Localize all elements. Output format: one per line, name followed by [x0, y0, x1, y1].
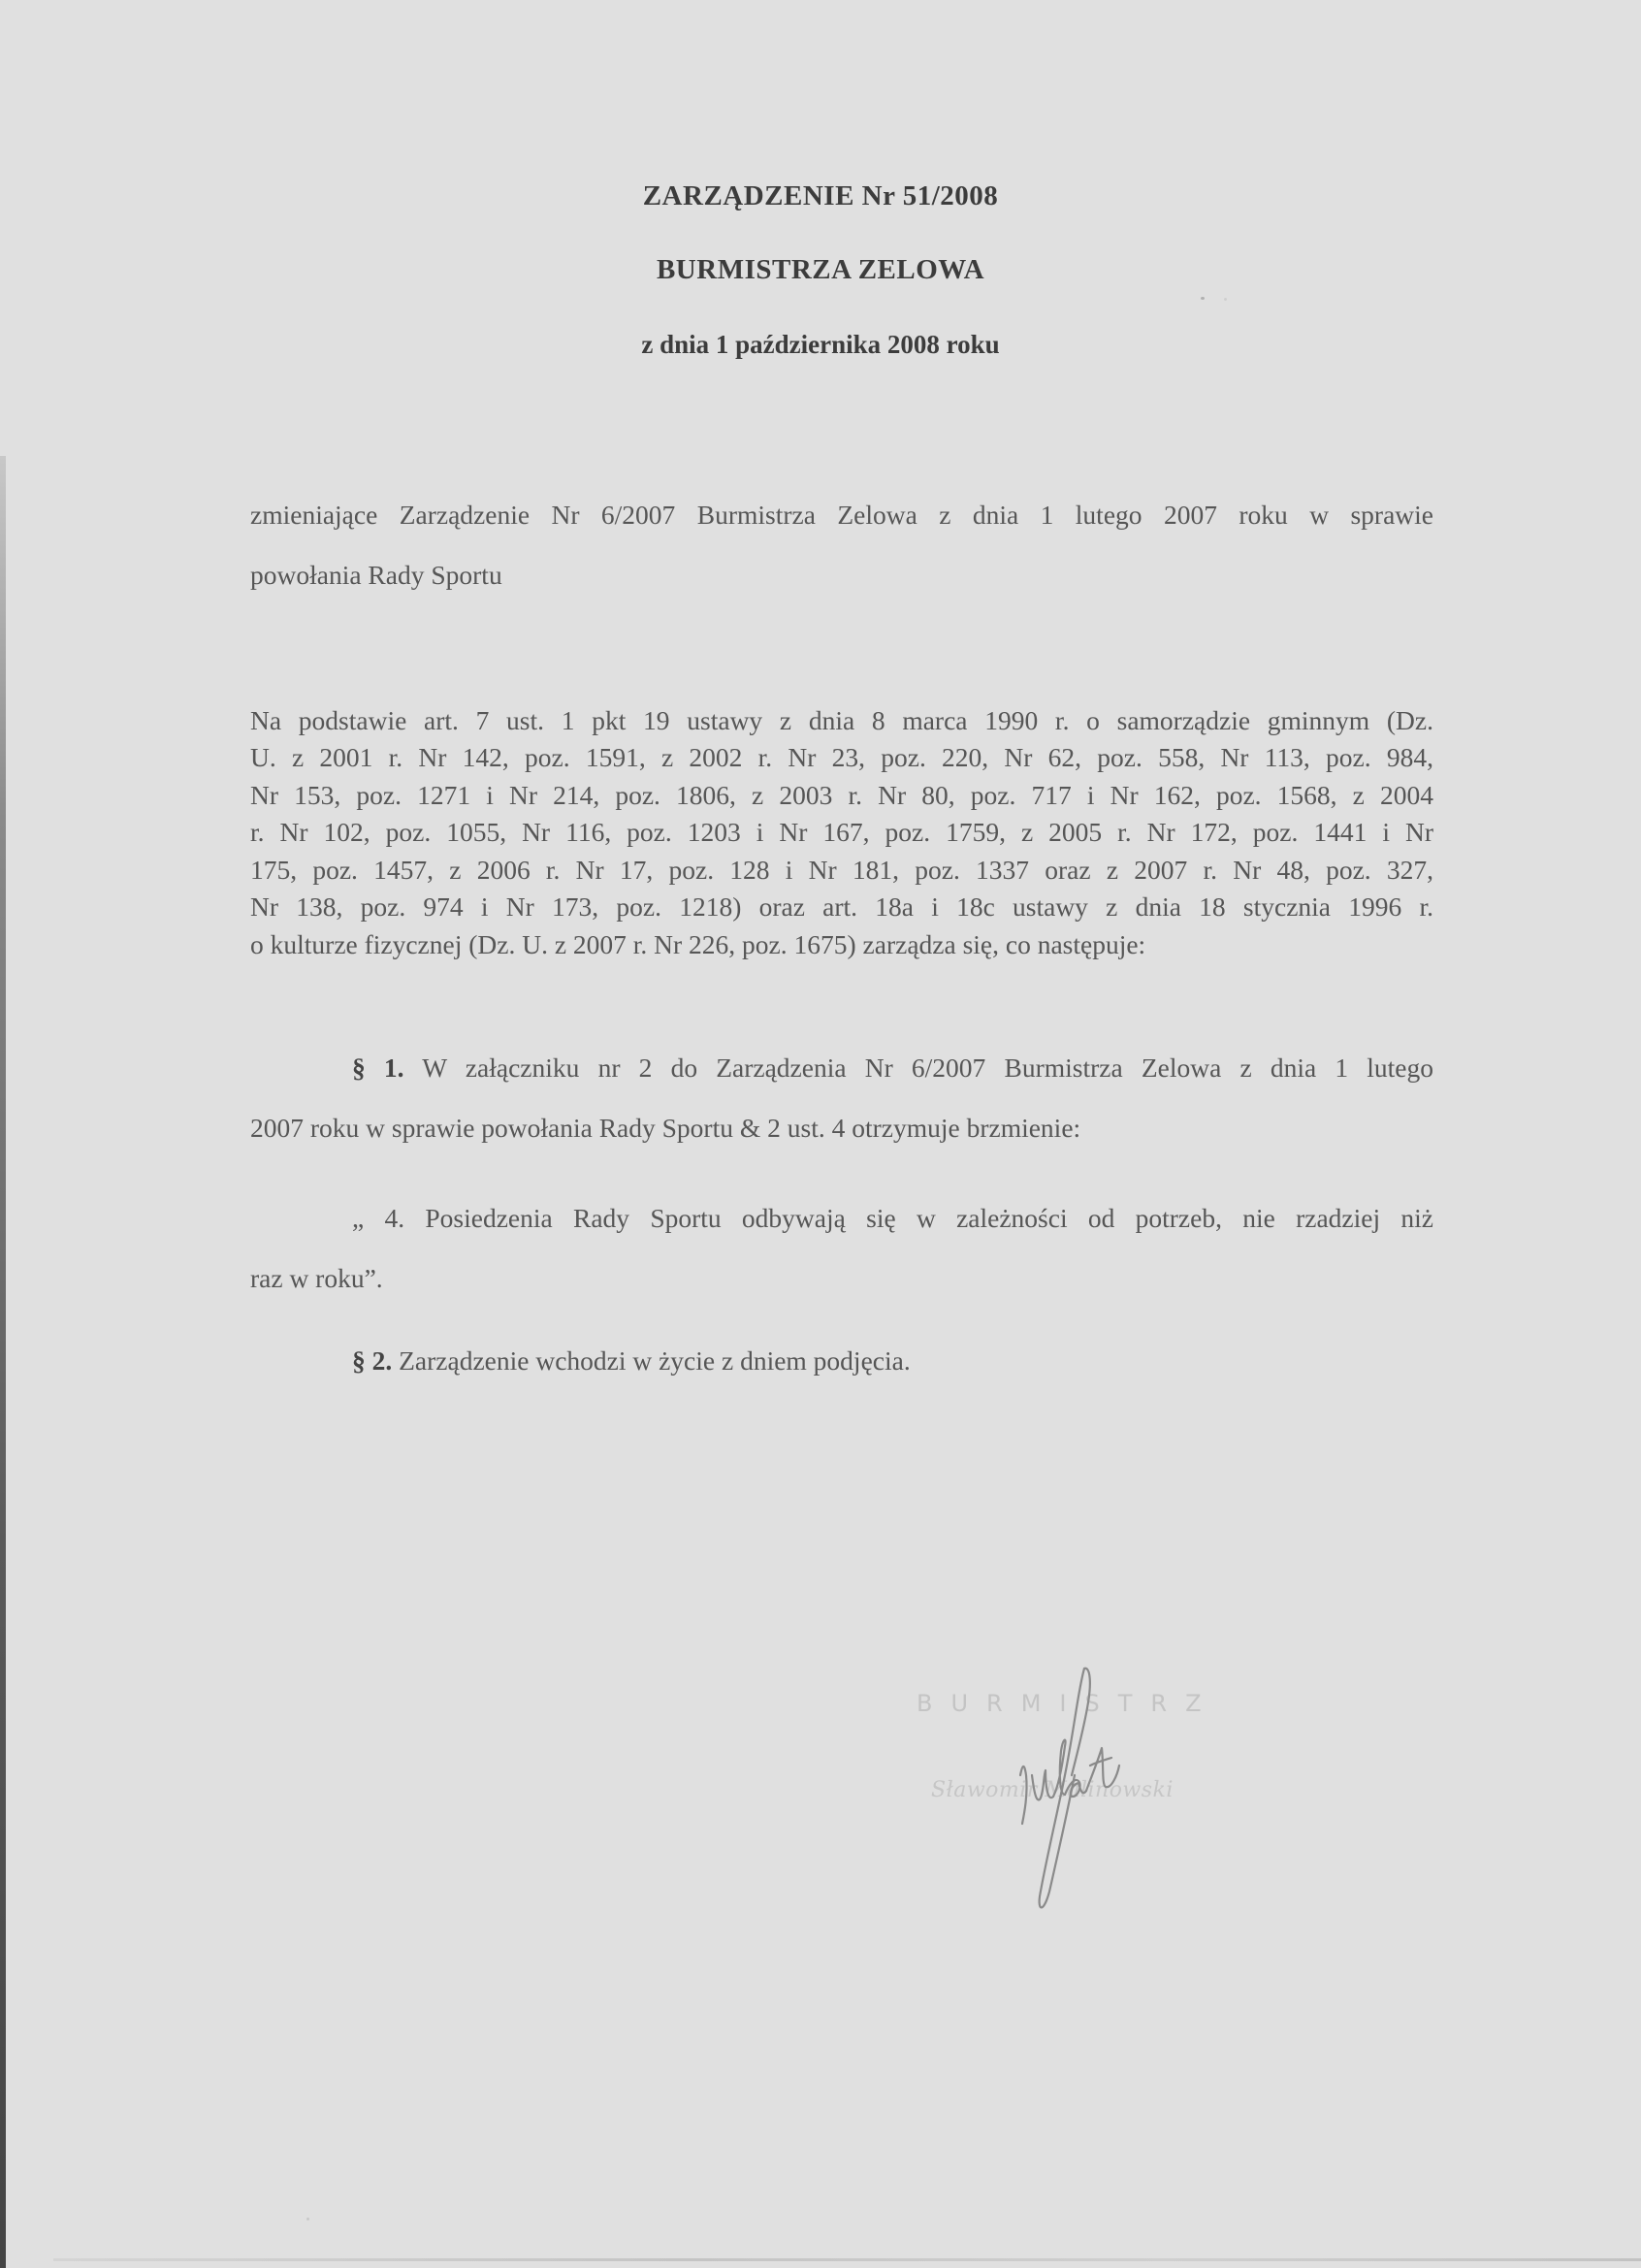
legal-basis-line: r. Nr 102, poz. 1055, Nr 116, poz. 1203 … — [250, 817, 1433, 848]
section-1-text: W załączniku nr 2 do Zarządzenia Nr 6/20… — [404, 1053, 1433, 1083]
scan-speck — [1201, 297, 1205, 300]
section-1-line: 2007 roku w sprawie powołania Rady Sport… — [250, 1113, 1080, 1144]
document-date: z dnia 1 października 2008 roku — [0, 330, 1641, 360]
section-1-marker: § 1. — [352, 1053, 404, 1083]
scan-speck — [306, 2218, 309, 2220]
legal-basis-line: Na podstawie art. 7 ust. 1 pkt 19 ustawy… — [250, 705, 1433, 736]
scan-bottom-edge — [53, 2258, 1641, 2261]
quote-line: raz w roku”. — [250, 1263, 383, 1294]
section-1-line: § 1. W załączniku nr 2 do Zarządzenia Nr… — [352, 1053, 1433, 1084]
quote-line: „ 4. Posiedzenia Rady Sportu odbywają si… — [352, 1203, 1433, 1234]
legal-basis-line: Nr 153, poz. 1271 i Nr 214, poz. 1806, z… — [250, 780, 1433, 811]
section-2-line: § 2. Zarządzenie wchodzi w życie z dniem… — [352, 1345, 911, 1377]
legal-basis-line: 175, poz. 1457, z 2006 r. Nr 17, poz. 12… — [250, 855, 1433, 886]
signature-stamp: BURMISTRZ Sławomir Malinowski — [912, 1678, 1261, 1911]
legal-basis-line: Nr 138, poz. 974 i Nr 173, poz. 1218) or… — [250, 891, 1433, 923]
document-title: ZARZĄDZENIE Nr 51/2008 — [0, 180, 1641, 212]
document-issuer: BURMISTRZA ZELOWA — [0, 254, 1641, 286]
legal-basis-line: o kulturze fizycznej (Dz. U. z 2007 r. N… — [250, 929, 1145, 960]
section-2-text: Zarządzenie wchodzi w życie z dniem podj… — [392, 1345, 910, 1376]
handwritten-signature-icon — [912, 1630, 1261, 1921]
scan-edge-shadow — [0, 456, 6, 2268]
subject-line: zmieniające Zarządzenie Nr 6/2007 Burmis… — [250, 500, 1433, 531]
section-2-marker: § 2. — [352, 1345, 392, 1376]
legal-basis-line: U. z 2001 r. Nr 142, poz. 1591, z 2002 r… — [250, 742, 1433, 773]
scan-speck — [1224, 298, 1227, 301]
subject-line: powołania Rady Sportu — [250, 560, 502, 591]
